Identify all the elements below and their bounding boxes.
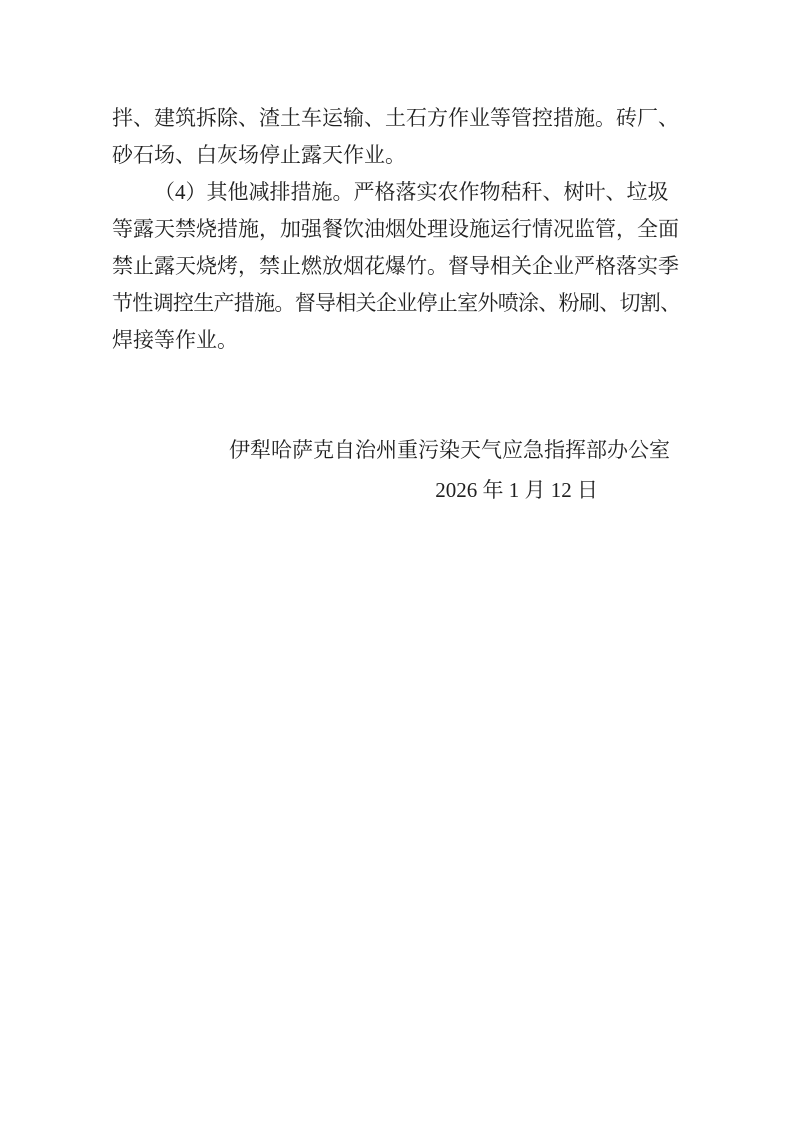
document-page: 拌、建筑拆除、渣土车运输、土石方作业等管控措施。砖厂、 砂石场、白灰场停止露天作… (0, 0, 793, 1122)
signature-block: 伊犁哈萨克自治州重污染天气应急指挥部办公室 2026 年 1 月 12 日 (112, 432, 681, 509)
body-line: 拌、建筑拆除、渣土车运输、土石方作业等管控措施。砖厂、 (112, 100, 681, 137)
body-line-paragraph-4-start: （4）其他减排措施。严格落实农作物秸秆、树叶、垃圾 (112, 174, 681, 211)
body-line: 砂石场、白灰场停止露天作业。 (112, 137, 681, 174)
body-line: 等露天禁烧措施，加强餐饮油烟处理设施运行情况监管，全面 (112, 211, 681, 248)
body-line: 节性调控生产措施。督导相关企业停止室外喷涂、粉刷、切割、 (112, 285, 681, 322)
signature-organization: 伊犁哈萨克自治州重污染天气应急指挥部办公室 (112, 432, 670, 469)
body-line: 禁止露天烧烤，禁止燃放烟花爆竹。督导相关企业严格落实季 (112, 248, 681, 285)
document-body: 拌、建筑拆除、渣土车运输、土石方作业等管控措施。砖厂、 砂石场、白灰场停止露天作… (112, 100, 681, 359)
body-line: 焊接等作业。 (112, 322, 681, 359)
signature-date: 2026 年 1 月 12 日 (112, 472, 598, 509)
